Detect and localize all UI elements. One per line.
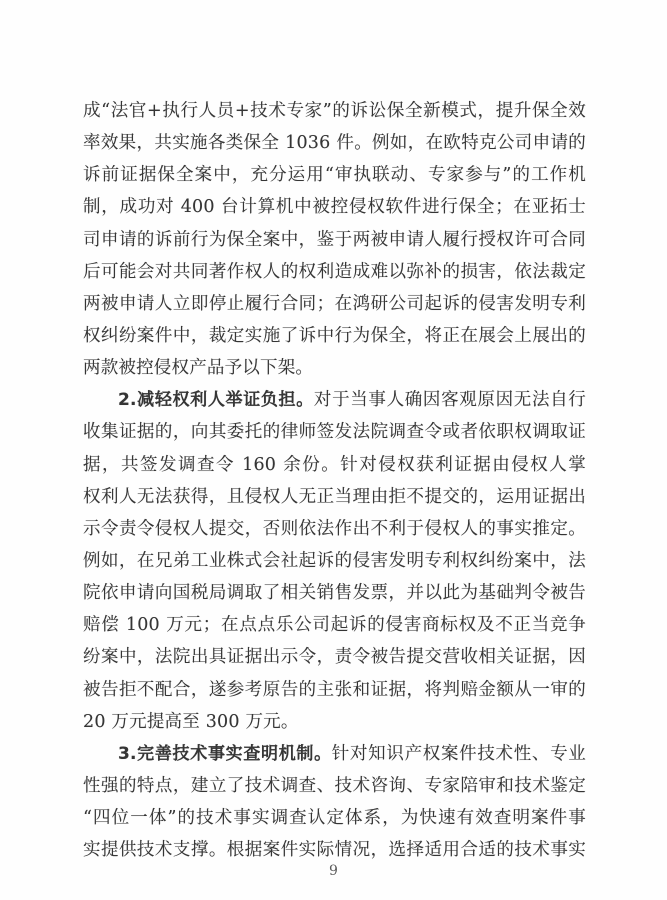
text-line: 两款被控侵权产品予以下架。 bbox=[83, 352, 586, 384]
text-line: 两被申请人立即停止履行合同；在鸿研公司起诉的侵害发明专利 bbox=[83, 288, 586, 320]
text-line: 赔偿 100 万元；在点点乐公司起诉的侵害商标权及不正当竞争纠 bbox=[83, 609, 586, 641]
text-line: “四位一体”的技术事实调查认定体系，为快速有效查明案件事 bbox=[83, 802, 586, 834]
paragraph-heading: 3.完善技术事实查明机制。 bbox=[118, 744, 332, 764]
text-line: 实提供技术支撑。根据案件实际情况，选择适用合适的技术事实 bbox=[83, 834, 586, 866]
para-2-reduce-burden-of-proof: 2.减轻权利人举证负担。对于当事人确因客观原因无法自行收集证据的，向其委托的律师… bbox=[83, 384, 586, 738]
text-line: 3.完善技术事实查明机制。针对知识产权案件技术性、专业 bbox=[83, 738, 586, 770]
text-line: 权利人无法获得，且侵权人无正当理由拒不提交的，运用证据出 bbox=[83, 481, 586, 513]
text-line: 后可能会对共同著作权人的权利造成难以弥补的损害，依法裁定 bbox=[83, 256, 586, 288]
text-line: 示令责令侵权人提交，否则依法作出不利于侵权人的事实推定。 bbox=[83, 513, 586, 545]
document-page: 成“法官+执行人员+技术专家”的诉讼保全新模式，提升保全效率效果，共实施各类保全… bbox=[0, 0, 667, 900]
para-litigation-preservation-continued: 成“法官+执行人员+技术专家”的诉讼保全新模式，提升保全效率效果，共实施各类保全… bbox=[83, 95, 586, 384]
page-number: 9 bbox=[0, 863, 667, 879]
para-3-technical-fact-finding: 3.完善技术事实查明机制。针对知识产权案件技术性、专业性强的特点，建立了技术调查… bbox=[83, 738, 586, 867]
text-line: 据，共签发调查令 160 余份。针对侵权获利证据由侵权人掌握， bbox=[83, 449, 586, 481]
text-line: 率效果，共实施各类保全 1036 件。例如，在欧特克公司申请的 bbox=[83, 127, 586, 159]
text-line: 被告拒不配合，遂参考原告的主张和证据，将判赔金额从一审的 bbox=[83, 674, 586, 706]
text-line: 诉前证据保全案中，充分运用“审执联动、专家参与”的工作机 bbox=[83, 159, 586, 191]
text-line: 制，成功对 400 台计算机中被控侵权软件进行保全；在亚拓士公 bbox=[83, 191, 586, 223]
body-text: 成“法官+执行人员+技术专家”的诉讼保全新模式，提升保全效率效果，共实施各类保全… bbox=[83, 95, 586, 866]
text-line: 收集证据的，向其委托的律师签发法院调查令或者依职权调取证 bbox=[83, 416, 586, 448]
text-line: 权纠纷案件中，裁定实施了诉中行为保全，将正在展会上展出的 bbox=[83, 320, 586, 352]
text-line: 2.减轻权利人举证负担。对于当事人确因客观原因无法自行 bbox=[83, 384, 586, 416]
text-line: 20 万元提高至 300 万元。 bbox=[83, 706, 586, 738]
text-line: 性强的特点，建立了技术调查、技术咨询、专家陪审和技术鉴定 bbox=[83, 770, 586, 802]
text-line: 成“法官+执行人员+技术专家”的诉讼保全新模式，提升保全效 bbox=[83, 95, 586, 127]
text-line: 例如，在兄弟工业株式会社起诉的侵害发明专利权纠纷案中，法 bbox=[83, 545, 586, 577]
text-line: 纷案中，法院出具证据出示令，责令被告提交营收相关证据，因 bbox=[83, 641, 586, 673]
text-line: 司申请的诉前行为保全案中，鉴于两被申请人履行授权许可合同 bbox=[83, 224, 586, 256]
paragraph-heading: 2.减轻权利人举证负担。 bbox=[118, 390, 314, 410]
text-line: 院依申请向国税局调取了相关销售发票，并以此为基础判令被告 bbox=[83, 577, 586, 609]
